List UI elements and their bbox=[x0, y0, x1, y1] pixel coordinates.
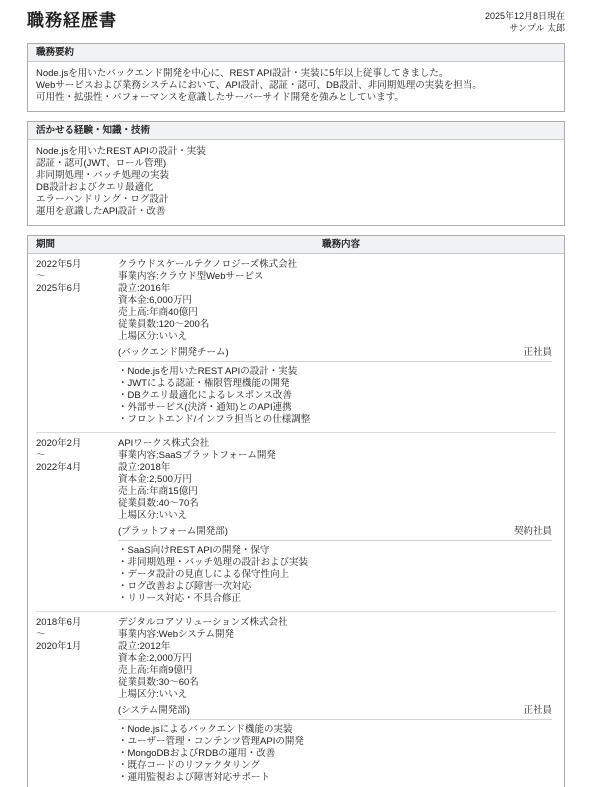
company-detail: 設立:2012年 bbox=[118, 641, 552, 653]
skills-heading: 活かせる経験・知識・技術 bbox=[28, 122, 564, 140]
period-tilde: 〜 bbox=[36, 629, 118, 641]
company-detail: 設立:2018年 bbox=[118, 462, 552, 474]
skill-item: Node.jsを用いたREST APIの設計・実装 bbox=[36, 146, 556, 158]
team-row: (バックエンド開発チーム) 正社員 bbox=[118, 347, 552, 362]
job-entry: 2020年2月 〜 2022年4月 APIワークス株式会社 事業内容:SaaSプ… bbox=[36, 433, 556, 612]
task-item: ・Node.jsを用いたREST APIの設計・実装 bbox=[118, 366, 552, 378]
task-item: ・JWTによる認証・権限管理機能の開発 bbox=[118, 378, 552, 390]
job-detail: デジタルコアソリューションズ株式会社 事業内容:Webシステム開発 設立:201… bbox=[118, 617, 556, 784]
work-history-header-row: 期間 職務内容 bbox=[28, 236, 564, 254]
summary-heading: 職務要約 bbox=[28, 44, 564, 62]
task-item: ・リリース対応・不具合修正 bbox=[118, 593, 552, 605]
period-end: 2022年4月 bbox=[36, 462, 118, 474]
period-column-header: 期間 bbox=[36, 239, 126, 250]
company-name: クラウドスケールテクノロジーズ株式会社 bbox=[118, 259, 552, 271]
job-period: 2020年2月 〜 2022年4月 bbox=[36, 438, 118, 605]
company-detail: 資本金:6,000万円 bbox=[118, 295, 552, 307]
job-entry: 2018年6月 〜 2020年1月 デジタルコアソリューションズ株式会社 事業内… bbox=[36, 612, 556, 787]
task-list: ・Node.jsによるバックエンド機能の実装 ・ユーザー管理・コンテンツ管理AP… bbox=[118, 724, 552, 784]
company-detail: 上場区分:いいえ bbox=[118, 331, 552, 343]
task-item: ・データ設計の見直しによる保守性向上 bbox=[118, 569, 552, 581]
period-tilde: 〜 bbox=[36, 450, 118, 462]
company-detail: 上場区分:いいえ bbox=[118, 689, 552, 701]
author-name: サンプル 太郎 bbox=[485, 23, 565, 35]
task-item: ・外部サービス(決済・通知)とのAPI連携 bbox=[118, 402, 552, 414]
job-period: 2022年5月 〜 2025年6月 bbox=[36, 259, 118, 426]
task-item: ・Node.jsによるバックエンド機能の実装 bbox=[118, 724, 552, 736]
skills-body: Node.jsを用いたREST APIの設計・実装 認証・認可(JWT、ロール管… bbox=[28, 140, 564, 225]
task-item: ・MongoDBおよびRDBの運用・改善 bbox=[118, 748, 552, 760]
employment-type-badge: 契約社員 bbox=[514, 526, 552, 538]
company-detail: 設立:2016年 bbox=[118, 283, 552, 295]
summary-line: Webサービスおよび業務システムにおいて、API設計、認証・認可、DB設計、非同… bbox=[36, 80, 556, 92]
company-detail: 売上高:年商40億円 bbox=[118, 307, 552, 319]
company-name: APIワークス株式会社 bbox=[118, 438, 552, 450]
document-meta: 2025年12月8日現在 サンプル 太郎 bbox=[485, 10, 565, 34]
document-header: 職務経歴書 2025年12月8日現在 サンプル 太郎 bbox=[27, 10, 565, 34]
summary-line: Node.jsを用いたバックエンド開発を中心に、REST API設計・実装に5年… bbox=[36, 68, 556, 80]
summary-line: 可用性・拡張性・パフォーマンスを意識したサーバーサイド開発を強みとしています。 bbox=[36, 92, 556, 104]
period-start: 2020年2月 bbox=[36, 438, 118, 450]
work-history-section: 期間 職務内容 2022年5月 〜 2025年6月 クラウドスケールテクノロジー… bbox=[27, 235, 565, 787]
company-detail: 従業員数:40〜70名 bbox=[118, 498, 552, 510]
period-end: 2020年1月 bbox=[36, 641, 118, 653]
job-period: 2018年6月 〜 2020年1月 bbox=[36, 617, 118, 784]
period-start: 2018年6月 bbox=[36, 617, 118, 629]
current-date: 2025年12月8日現在 bbox=[485, 11, 565, 23]
company-detail: 資本金:2,500万円 bbox=[118, 474, 552, 486]
company-detail: 売上高:年商9億円 bbox=[118, 665, 552, 677]
period-start: 2022年5月 bbox=[36, 259, 118, 271]
skill-item: DB設計およびクエリ最適化 bbox=[36, 182, 556, 194]
summary-section: 職務要約 Node.jsを用いたバックエンド開発を中心に、REST API設計・… bbox=[27, 43, 565, 112]
team-name: (システム開発部) bbox=[118, 705, 190, 717]
company-detail: 事業内容:Webシステム開発 bbox=[118, 629, 552, 641]
period-tilde: 〜 bbox=[36, 271, 118, 283]
skills-section: 活かせる経験・知識・技術 Node.jsを用いたREST APIの設計・実装 認… bbox=[27, 121, 565, 226]
period-end: 2025年6月 bbox=[36, 283, 118, 295]
content-column-header: 職務内容 bbox=[126, 239, 556, 250]
company-detail: 事業内容:クラウド型Webサービス bbox=[118, 271, 552, 283]
task-item: ・運用監視および障害対応サポート bbox=[118, 772, 552, 784]
job-detail: APIワークス株式会社 事業内容:SaaSプラットフォーム開発 設立:2018年… bbox=[118, 438, 556, 605]
page-title: 職務経歴書 bbox=[27, 10, 117, 32]
summary-body: Node.jsを用いたバックエンド開発を中心に、REST API設計・実装に5年… bbox=[28, 62, 564, 111]
employment-type-badge: 正社員 bbox=[523, 347, 552, 359]
skill-item: エラーハンドリング・ログ設計 bbox=[36, 194, 556, 206]
company-detail: 事業内容:SaaSプラットフォーム開発 bbox=[118, 450, 552, 462]
skill-item: 認証・認可(JWT、ロール管理) bbox=[36, 158, 556, 170]
task-list: ・SaaS向けREST APIの開発・保守 ・非同期処理・バッチ処理の設計および… bbox=[118, 545, 552, 605]
team-name: (バックエンド開発チーム) bbox=[118, 347, 229, 359]
task-item: ・DBクエリ最適化によるレスポンス改善 bbox=[118, 390, 552, 402]
team-row: (プラットフォーム開発部) 契約社員 bbox=[118, 526, 552, 541]
team-name: (プラットフォーム開発部) bbox=[118, 526, 228, 538]
resume-page: 職務経歴書 2025年12月8日現在 サンプル 太郎 職務要約 Node.jsを… bbox=[0, 0, 591, 787]
skill-item: 非同期処理・バッチ処理の実装 bbox=[36, 170, 556, 182]
task-item: ・ユーザー管理・コンテンツ管理APIの開発 bbox=[118, 736, 552, 748]
task-item: ・ログ改善および障害一次対応 bbox=[118, 581, 552, 593]
team-row: (システム開発部) 正社員 bbox=[118, 705, 552, 720]
company-detail: 資本金:2,000万円 bbox=[118, 653, 552, 665]
job-detail: クラウドスケールテクノロジーズ株式会社 事業内容:クラウド型Webサービス 設立… bbox=[118, 259, 556, 426]
company-detail: 従業員数:120〜200名 bbox=[118, 319, 552, 331]
task-item: ・SaaS向けREST APIの開発・保守 bbox=[118, 545, 552, 557]
company-detail: 売上高:年商15億円 bbox=[118, 486, 552, 498]
task-item: ・非同期処理・バッチ処理の設計および実装 bbox=[118, 557, 552, 569]
task-item: ・既存コードのリファクタリング bbox=[118, 760, 552, 772]
employment-type-badge: 正社員 bbox=[523, 705, 552, 717]
task-list: ・Node.jsを用いたREST APIの設計・実装 ・JWTによる認証・権限管… bbox=[118, 366, 552, 426]
skill-item: 運用を意識したAPI設計・改善 bbox=[36, 206, 556, 218]
company-detail: 上場区分:いいえ bbox=[118, 510, 552, 522]
company-detail: 従業員数:30〜60名 bbox=[118, 677, 552, 689]
task-item: ・フロントエンド/インフラ担当との仕様調整 bbox=[118, 414, 552, 426]
job-entry: 2022年5月 〜 2025年6月 クラウドスケールテクノロジーズ株式会社 事業… bbox=[36, 254, 556, 433]
company-name: デジタルコアソリューションズ株式会社 bbox=[118, 617, 552, 629]
